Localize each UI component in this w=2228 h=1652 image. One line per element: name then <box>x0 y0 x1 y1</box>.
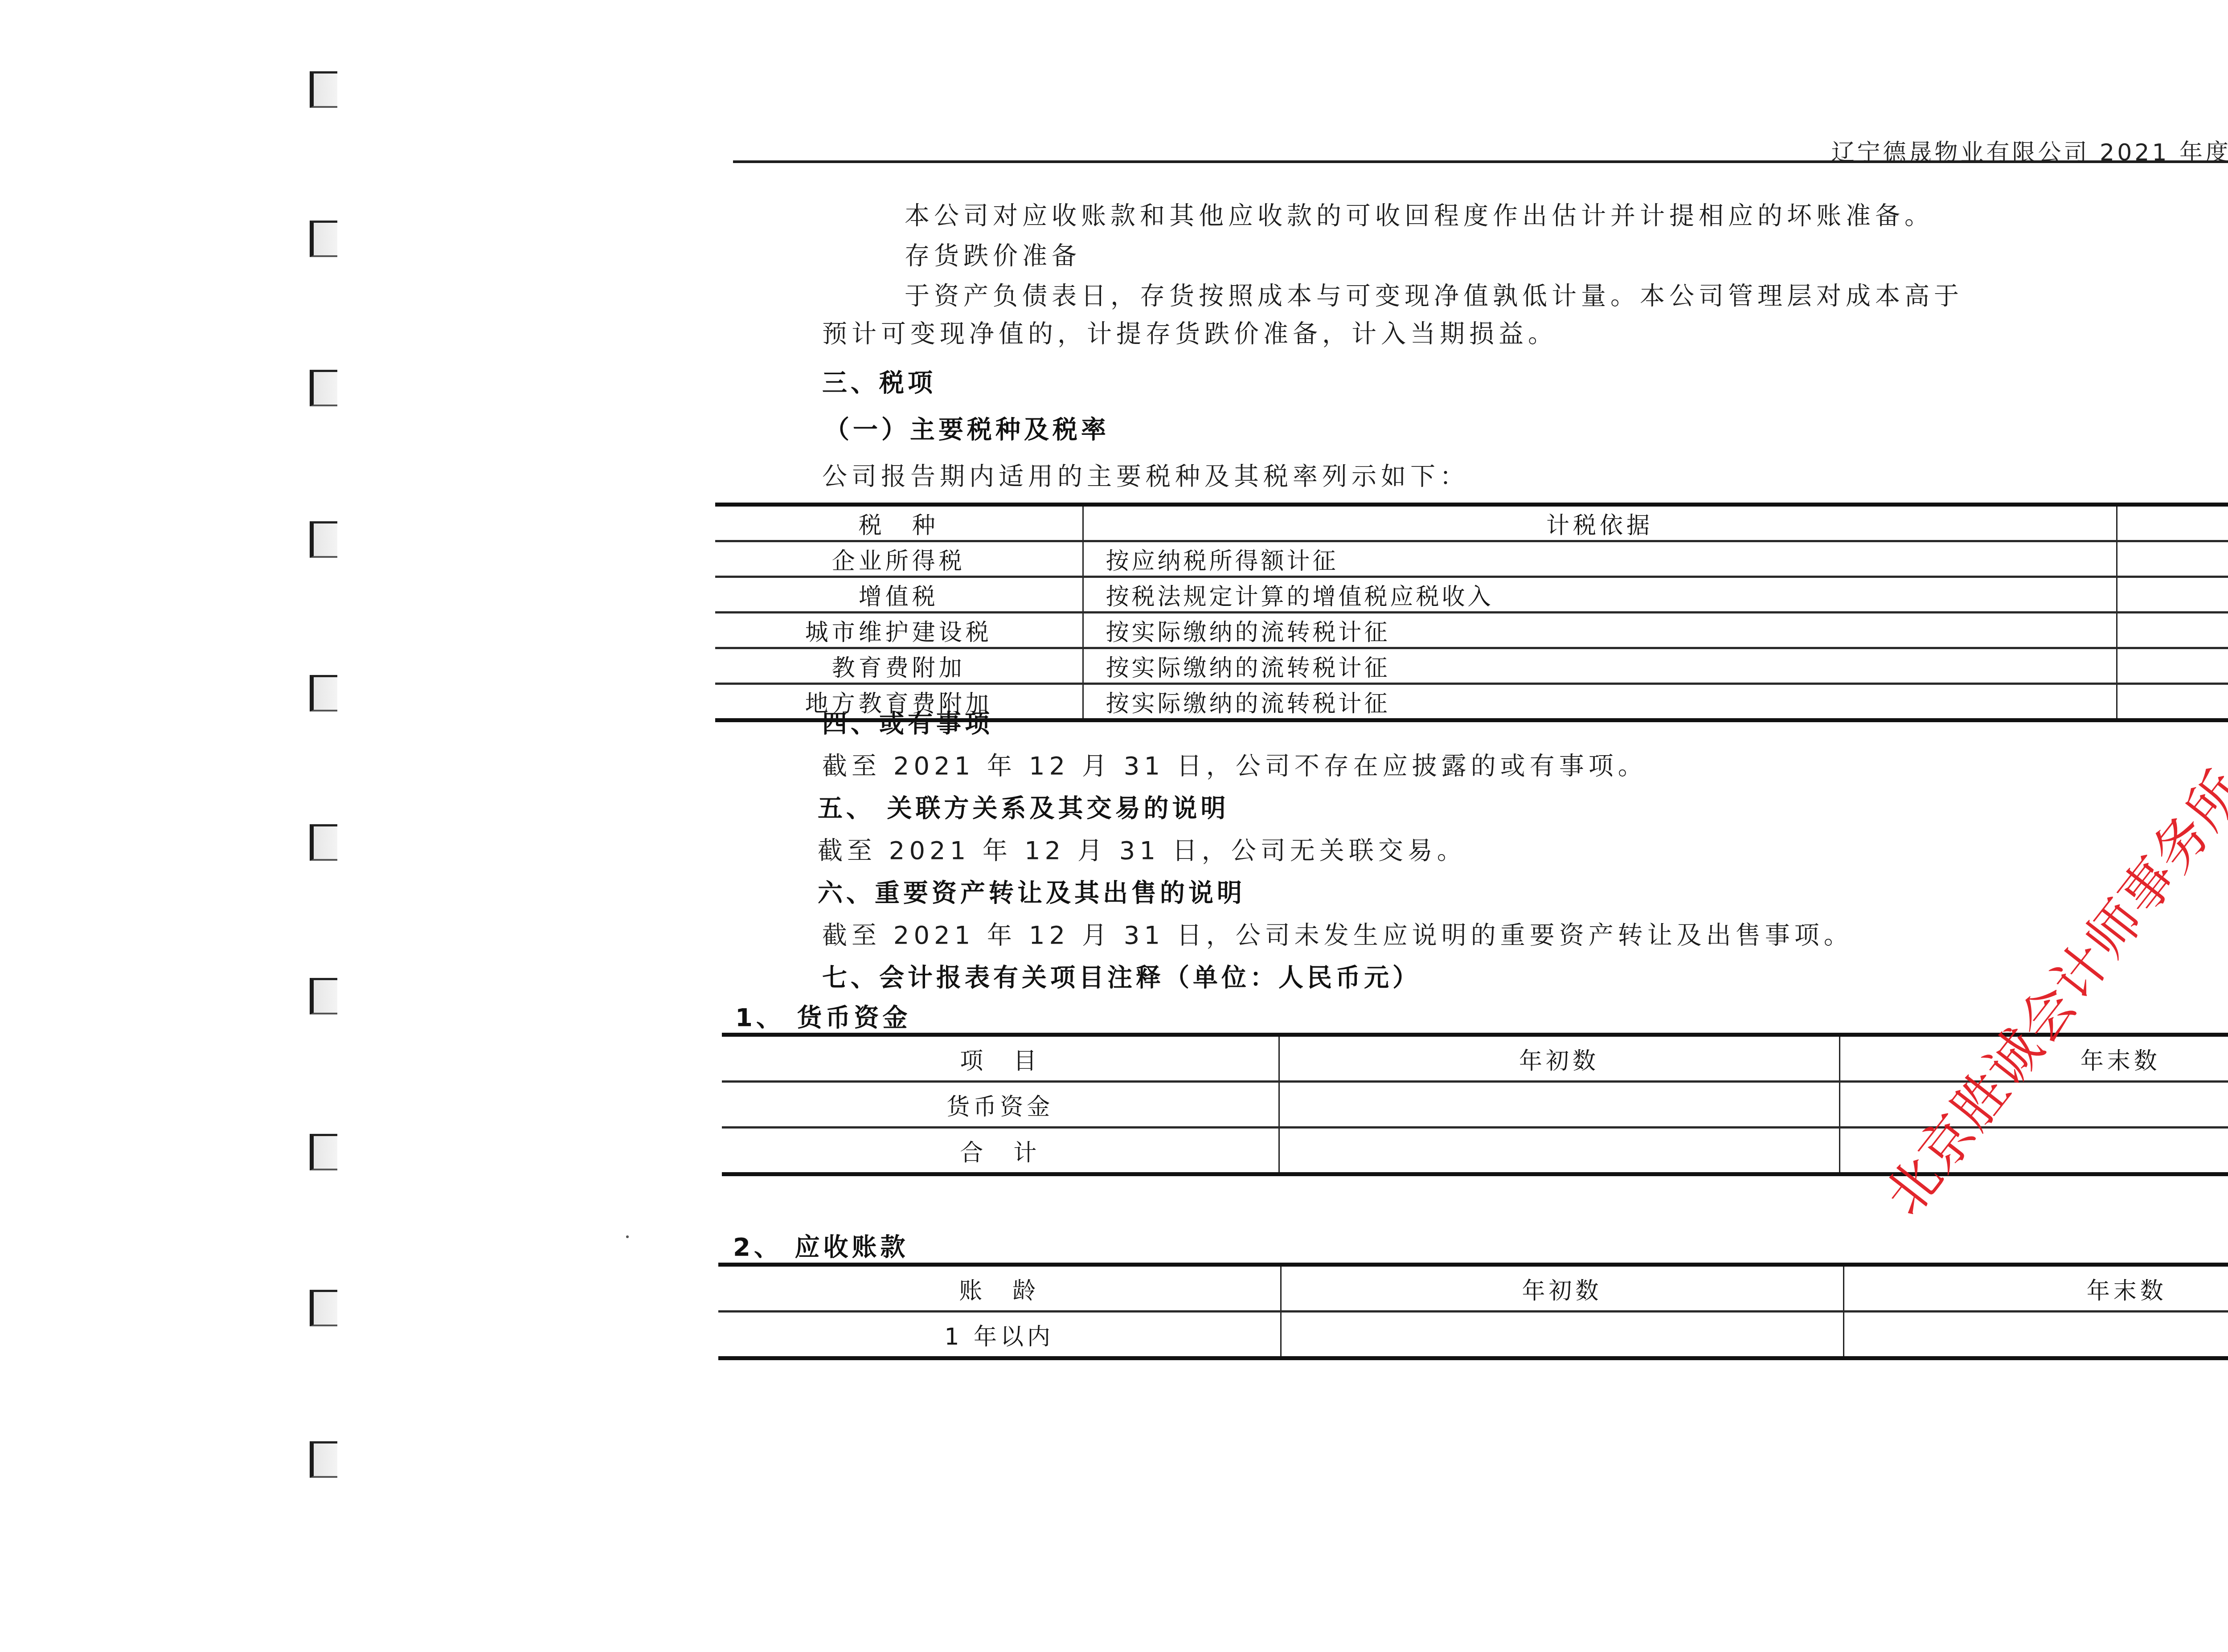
tax-type: 教育费附加 <box>715 648 1083 684</box>
binding-hole <box>310 1441 337 1478</box>
inventory-heading: 存货跌价准备 <box>905 236 1081 272</box>
paragraph-inventory-1: 于资产负债表日，存货按照成本与可变现净值孰低计量。本公司管理层对成本高于 <box>905 276 1963 312</box>
column-header: 年初数 <box>1281 1265 1843 1312</box>
begin-amount <box>1281 1312 1843 1358</box>
tax-basis: 按应纳税所得额计征 <box>1083 541 2117 577</box>
header-divider <box>733 160 2228 163</box>
section-5-title: 五、 关联方关系及其交易的说明 <box>818 789 1229 824</box>
end-amount: 177,632.79 <box>1839 1128 2228 1174</box>
cash-table-title: 1、 货币资金 <box>735 998 911 1034</box>
tax-type: 城市维护建设税 <box>715 613 1083 648</box>
tax-rate-table: 税 种 计税依据 税率 企业所得税 按应纳税所得额计征 25% 增值税 按税法规… <box>715 503 2228 722</box>
tax-rate: 25% <box>2117 541 2228 577</box>
item-name: 合 计 <box>722 1128 1279 1174</box>
binding-hole <box>310 1290 337 1326</box>
section-6-text: 截至 2021 年 12 月 31 日，公司未发生应说明的重要资产转让及出售事项… <box>822 916 1853 951</box>
table-row: 1 年以内 429,611.26 <box>718 1312 2228 1358</box>
column-header: 年初数 <box>1279 1035 1839 1082</box>
binding-hole <box>310 1134 337 1170</box>
tax-basis: 按实际缴纳的流转税计征 <box>1083 613 2117 648</box>
table-row: 增值税 按税法规定计算的增值税应税收入 1% <box>715 577 2228 613</box>
end-amount: 429,611.26 <box>1843 1312 2228 1358</box>
binding-hole <box>310 824 337 861</box>
table-row: 合 计 177,632.79 <box>722 1128 2228 1174</box>
section-6-title: 六、重要资产转让及其出售的说明 <box>818 873 1245 909</box>
section-3-title: 三、税项 <box>822 363 936 399</box>
aging-bucket: 1 年以内 <box>718 1312 1281 1358</box>
column-header: 税率 <box>2117 505 2228 541</box>
table-header-row: 账 龄 年初数 年末数 <box>718 1265 2228 1312</box>
tax-basis: 按税法规定计算的增值税应税收入 <box>1083 577 2117 613</box>
column-header: 年末数 <box>1839 1035 2228 1082</box>
table-header-row: 项 目 年初数 年末数 <box>722 1035 2228 1082</box>
binding-hole <box>310 978 337 1014</box>
tax-rate: 2% <box>2117 684 2228 720</box>
end-amount: 177,632.79 <box>1839 1082 2228 1128</box>
column-header: 年末数 <box>1843 1265 2228 1312</box>
section-5-text: 截至 2021 年 12 月 31 日，公司无关联交易。 <box>818 831 1466 867</box>
section-4-text: 截至 2021 年 12 月 31 日，公司不存在应披露的或有事项。 <box>822 746 1647 782</box>
receivables-table: 账 龄 年初数 年末数 1 年以内 429,611.26 <box>718 1263 2228 1360</box>
tax-rate: 3% <box>2117 648 2228 684</box>
tax-type: 企业所得税 <box>715 541 1083 577</box>
tax-rate: 1% <box>2117 577 2228 613</box>
binding-hole <box>310 521 337 558</box>
section-4-title: 四、或有事项 <box>822 704 993 740</box>
binding-hole <box>310 675 337 712</box>
receivables-table-title: 2、 应收账款 <box>733 1227 909 1263</box>
paragraph-bad-debt: 本公司对应收账款和其他应收款的可收回程度作出估计并计提相应的坏账准备。 <box>905 196 1934 232</box>
table-row: 企业所得税 按应纳税所得额计征 25% <box>715 541 2228 577</box>
tax-rate: 7% <box>2117 613 2228 648</box>
binding-hole <box>310 71 337 108</box>
binding-hole <box>310 221 337 257</box>
accounting-firm-stamp: 北京胜诚会计师事务所（普通合伙） <box>1863 742 2228 1274</box>
section-3-subtitle: （一）主要税种及税率 <box>824 410 1110 446</box>
table-header-row: 税 种 计税依据 税率 <box>715 505 2228 541</box>
tax-type: 增值税 <box>715 577 1083 613</box>
column-header: 计税依据 <box>1083 505 2117 541</box>
column-header: 项 目 <box>722 1035 1279 1082</box>
binding-hole <box>310 370 337 406</box>
cash-table: 项 目 年初数 年末数 货币资金 177,632.79 合 计 177,632.… <box>722 1033 2228 1176</box>
table-row: 城市维护建设税 按实际缴纳的流转税计征 7% <box>715 613 2228 648</box>
column-header: 账 龄 <box>718 1265 1281 1312</box>
section-3-intro: 公司报告期内适用的主要税种及其税率列示如下： <box>822 457 1469 492</box>
table-row: 货币资金 177,632.79 <box>722 1082 2228 1128</box>
table-row: 教育费附加 按实际缴纳的流转税计征 3% <box>715 648 2228 684</box>
item-name: 货币资金 <box>722 1082 1279 1128</box>
column-header: 税 种 <box>715 505 1083 541</box>
scan-speck <box>626 1235 629 1238</box>
paragraph-inventory-2: 预计可变现净值的，计提存货跌价准备，计入当期损益。 <box>822 314 1557 350</box>
tax-basis: 按实际缴纳的流转税计征 <box>1083 684 2117 720</box>
begin-amount <box>1279 1082 1839 1128</box>
section-7-title: 七、会计报表有关项目注释（单位：人民币元） <box>822 958 1421 994</box>
tax-basis: 按实际缴纳的流转税计征 <box>1083 648 2117 684</box>
begin-amount <box>1279 1128 1839 1174</box>
